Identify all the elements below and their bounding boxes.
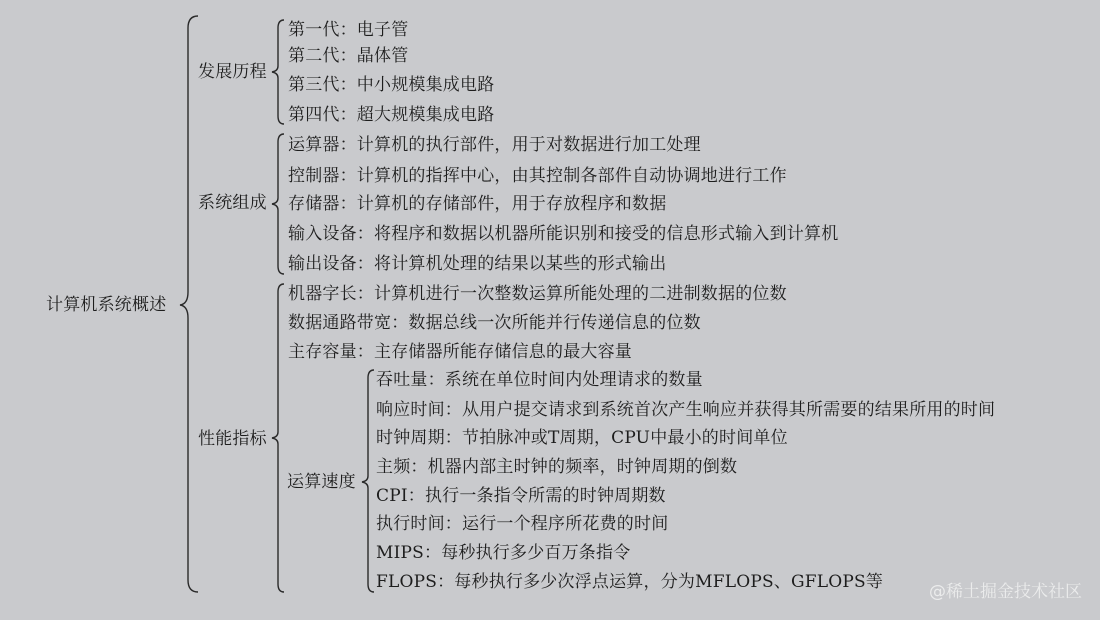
branch-performance: 性能指标 bbox=[198, 428, 267, 450]
composition-item: 运算器：计算机的执行部件，用于对数据进行加工处理 bbox=[288, 134, 701, 156]
composition-item: 输出设备：将计算机处理的结果以某些的形式输出 bbox=[288, 253, 666, 275]
watermark: @稀土掘金技术社区 bbox=[929, 577, 1082, 602]
history-item: 第三代：中小规模集成电路 bbox=[288, 74, 494, 96]
speed-item: FLOPS：每秒执行多少次浮点运算，分为MFLOPS、GFLOPS等 bbox=[376, 571, 883, 593]
history-item: 第二代：晶体管 bbox=[288, 45, 408, 67]
composition-item: 存储器：计算机的存储部件，用于存放程序和数据 bbox=[288, 193, 666, 215]
speed-item: 执行时间：运行一个程序所花费的时间 bbox=[376, 513, 668, 535]
branch-history: 发展历程 bbox=[198, 61, 267, 83]
composition-item: 输入设备：将程序和数据以机器所能识别和接受的信息形式输入到计算机 bbox=[288, 223, 838, 245]
speed-item: 时钟周期：节拍脉冲或T周期，CPU中最小的时间单位 bbox=[376, 427, 788, 449]
performance-item: 主存容量：主存储器所能存储信息的最大容量 bbox=[288, 341, 632, 363]
speed-item: MIPS：每秒执行多少百万条指令 bbox=[376, 542, 630, 564]
composition-brace-icon bbox=[270, 132, 286, 276]
root-node: 计算机系统概述 bbox=[46, 294, 166, 316]
speed-item: 吞吐量：系统在单位时间内处理请求的数量 bbox=[376, 369, 703, 391]
performance-brace-icon bbox=[270, 282, 286, 594]
performance-item: 数据通路带宽：数据总线一次所能并行传递信息的位数 bbox=[288, 312, 701, 334]
history-brace-icon bbox=[270, 18, 286, 126]
history-item: 第四代：超大规模集成电路 bbox=[288, 104, 494, 126]
root-brace-icon bbox=[178, 14, 202, 594]
speed-item: 响应时间：从用户提交请求到系统首次产生响应并获得其所需要的结果所用的时间 bbox=[376, 399, 995, 421]
sub-branch-speed: 运算速度 bbox=[287, 471, 356, 493]
branch-composition: 系统组成 bbox=[198, 192, 267, 214]
performance-item: 机器字长：计算机进行一次整数运算所能处理的二进制数据的位数 bbox=[288, 283, 787, 305]
speed-item: CPI：执行一条指令所需的时钟周期数 bbox=[376, 485, 666, 507]
composition-item: 控制器：计算机的指挥中心，由其控制各部件自动协调地进行工作 bbox=[288, 165, 787, 187]
speed-brace-icon bbox=[360, 368, 376, 594]
speed-item: 主频：机器内部主时钟的频率，时钟周期的倒数 bbox=[376, 456, 737, 478]
history-item: 第一代：电子管 bbox=[288, 19, 408, 41]
